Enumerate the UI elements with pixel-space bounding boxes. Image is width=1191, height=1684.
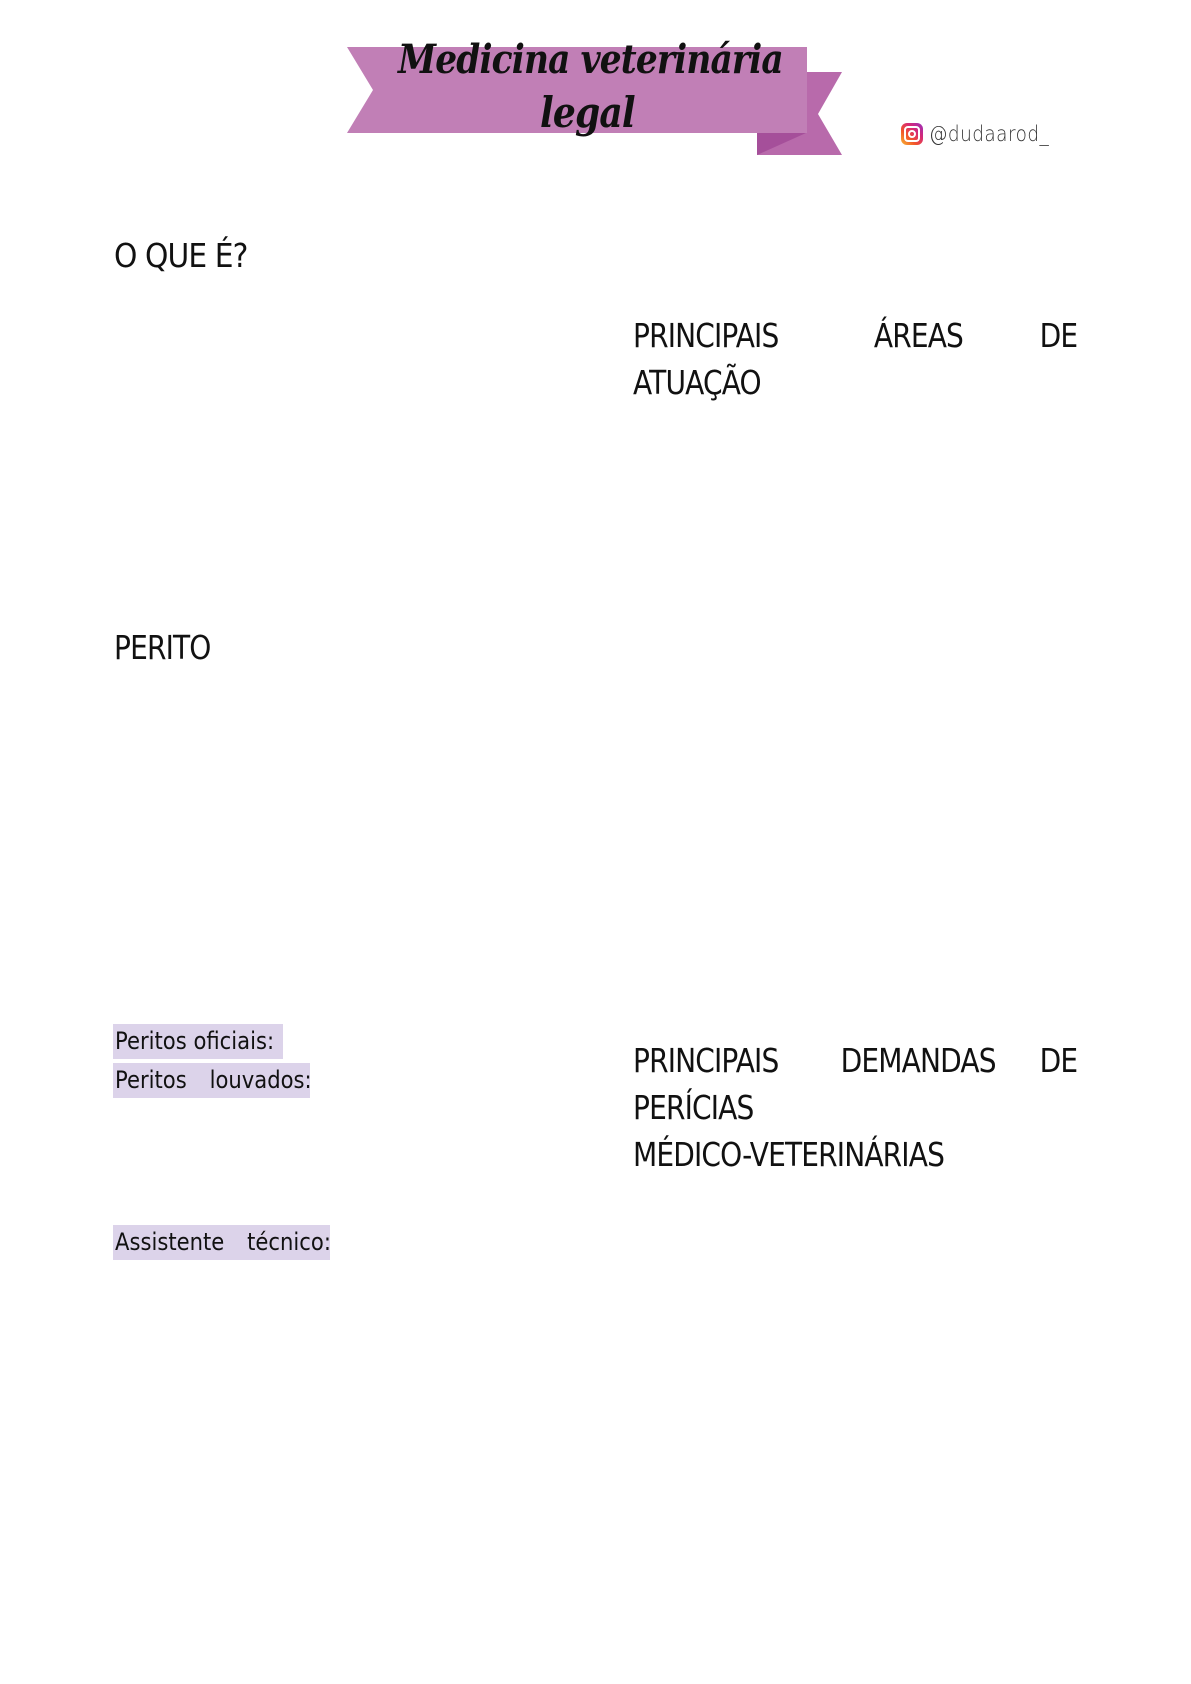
- label-word: técnico:: [247, 1228, 330, 1256]
- heading-what-is: O QUE É?: [114, 232, 247, 279]
- heading-main-areas-line-2: ATUAÇÃO: [633, 359, 1077, 406]
- heading-word: DEMANDAS: [841, 1037, 996, 1084]
- heading-word: PRINCIPAIS: [633, 312, 778, 359]
- heading-word: ÁREAS: [874, 312, 963, 359]
- instagram-icon: [901, 123, 923, 145]
- heading-word: PERÍCIAS: [633, 1084, 1010, 1131]
- label-text: Peritos oficiais:: [115, 1024, 274, 1059]
- heading-word: DE: [1039, 1037, 1077, 1084]
- document-title-line-1: Medicina veterinária: [398, 36, 783, 83]
- label-word: Peritos: [115, 1066, 187, 1094]
- social-handle: @dudaarod_: [901, 122, 1066, 146]
- heading-main-demands-line-3: MÉDICO-VETERINÁRIAS: [633, 1131, 1077, 1178]
- label-text: Peritoslouvados:: [115, 1063, 310, 1098]
- heading-main-demands: PRINCIPAIS DEMANDAS DE PERÍCIAS MÉDICO-V…: [633, 1037, 1077, 1178]
- heading-main-demands-line-1: PRINCIPAIS DEMANDAS DE: [633, 1037, 1077, 1084]
- label-word: Assistente: [115, 1228, 224, 1256]
- heading-word: DE: [1039, 312, 1077, 359]
- heading-main-areas: PRINCIPAIS ÁREAS DE ATUAÇÃO: [633, 312, 1077, 406]
- label-assistente-tecnico: Assistentetécnico:: [113, 1225, 330, 1260]
- heading-main-demands-line-2: PERÍCIAS: [633, 1084, 1077, 1131]
- heading-word: PRINCIPAIS: [633, 1037, 778, 1084]
- label-peritos-oficiais: Peritos oficiais:: [113, 1024, 283, 1059]
- heading-main-areas-line-1: PRINCIPAIS ÁREAS DE: [633, 312, 1077, 359]
- label-peritos-louvados: Peritoslouvados:: [113, 1063, 310, 1098]
- label-text: Assistentetécnico:: [115, 1225, 330, 1260]
- heading-word: ATUAÇÃO: [633, 359, 1010, 406]
- document-title-line-2: legal: [540, 88, 635, 137]
- heading-perito: PERITO: [114, 624, 211, 671]
- heading-word: MÉDICO-VETERINÁRIAS: [633, 1131, 1010, 1178]
- instagram-handle-text: @dudaarod_: [929, 122, 1049, 146]
- label-word: louvados:: [210, 1066, 310, 1094]
